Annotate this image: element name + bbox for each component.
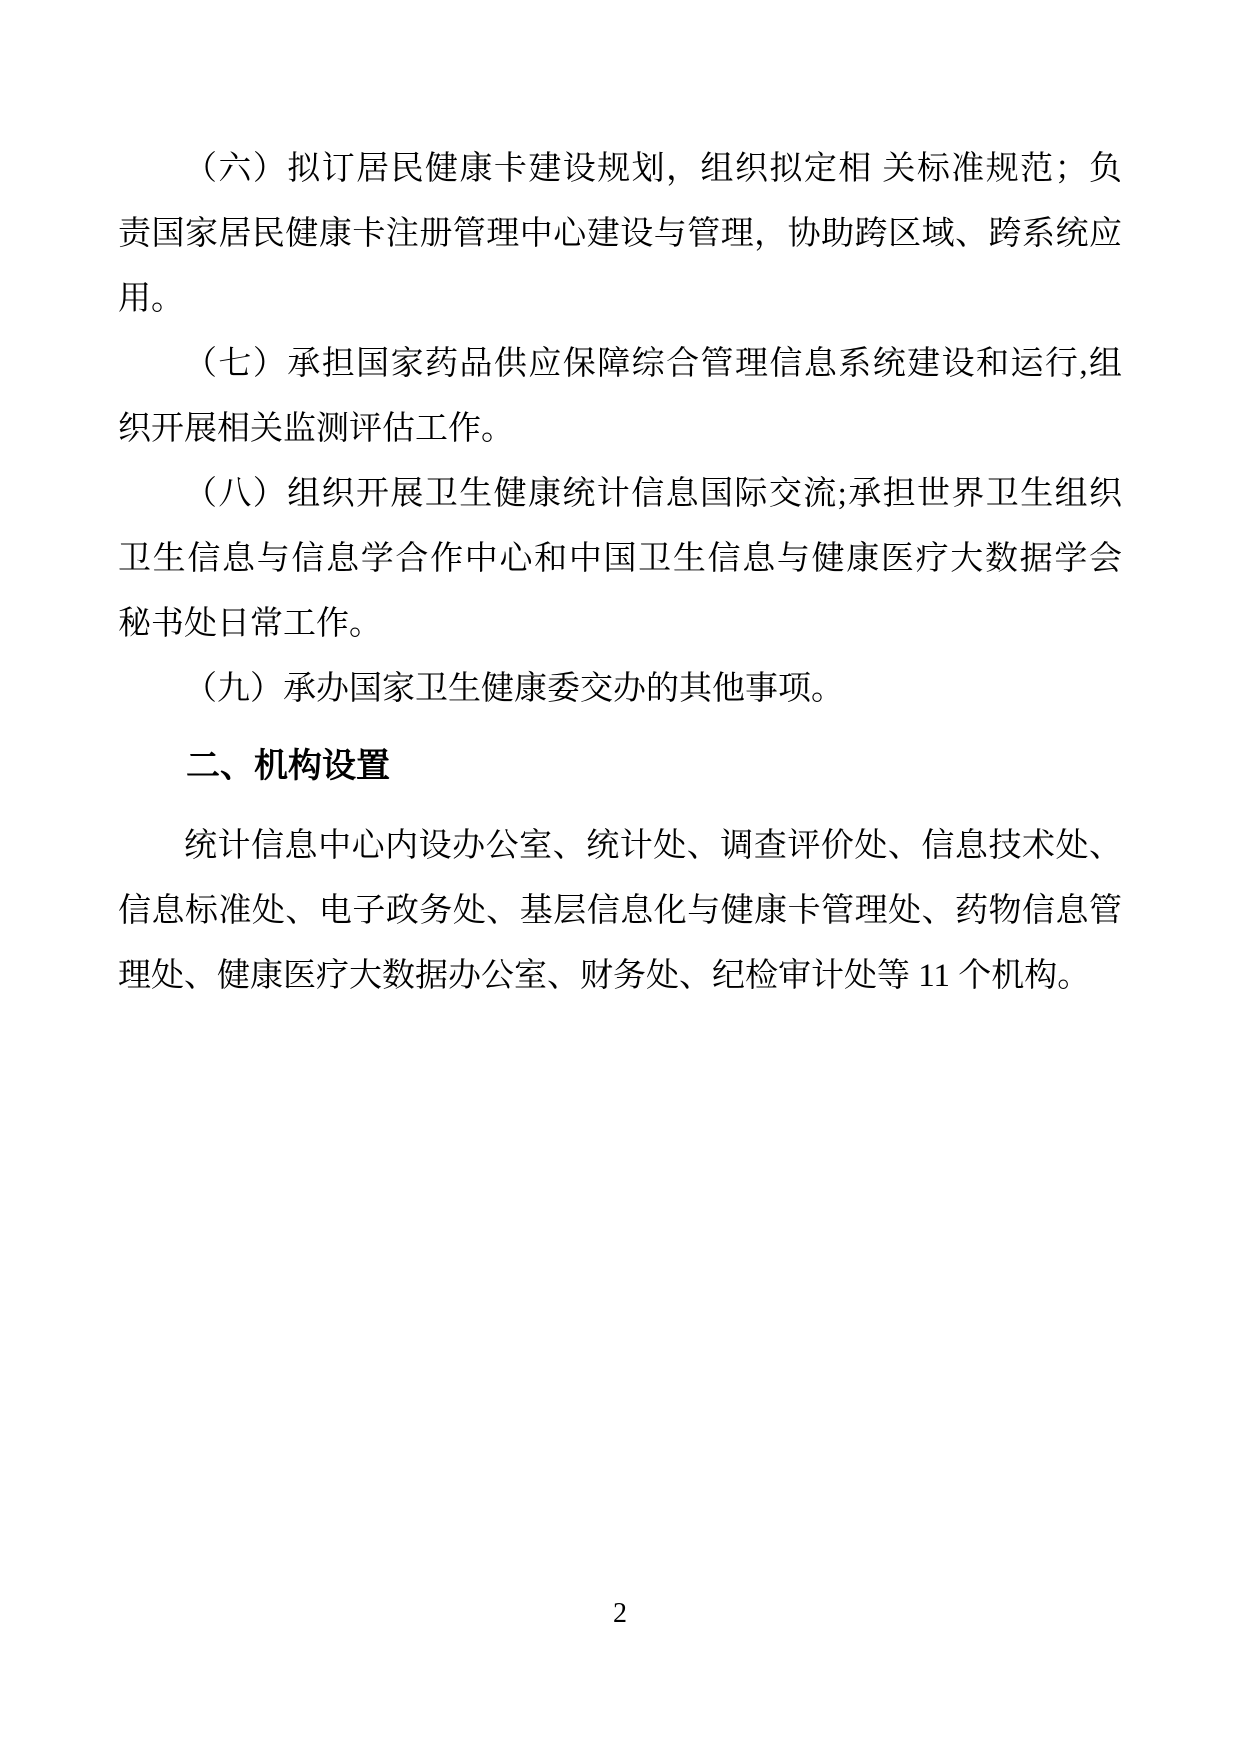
section-heading: 二、机构设置 [118, 734, 1122, 799]
text-line: （八）组织开展卫生健康统计信息国际交流;承担世界卫生组织 [118, 462, 1122, 527]
text-line: 责国家居民健康卡注册管理中心建设与管理，协助跨区域、跨系统应 [118, 202, 1122, 267]
page-number: 2 [0, 1598, 1240, 1630]
text-line: 信息标准处、电子政务处、基层信息化与健康卡管理处、药物信息管 [118, 879, 1122, 944]
text-line: 织开展相关监测评估工作。 [118, 397, 1122, 462]
text-line: （六）拟订居民健康卡建设规划，组织拟定相 关标准规范；负 [118, 137, 1122, 202]
text-line: （七）承担国家药品供应保障综合管理信息系统建设和运行,组 [118, 332, 1122, 397]
document-body: （六）拟订居民健康卡建设规划，组织拟定相 关标准规范；负责国家居民健康卡注册管理… [118, 137, 1122, 1009]
text-line: 秘书处日常工作。 [118, 592, 1122, 657]
body-paragraph: （八）组织开展卫生健康统计信息国际交流;承担世界卫生组织卫生信息与信息学合作中心… [118, 462, 1122, 657]
text-line: 统计信息中心内设办公室、统计处、调查评价处、信息技术处、 [118, 814, 1122, 879]
text-line: 卫生信息与信息学合作中心和中国卫生信息与健康医疗大数据学会 [118, 527, 1122, 592]
body-paragraph: （七）承担国家药品供应保障综合管理信息系统建设和运行,组织开展相关监测评估工作。 [118, 332, 1122, 462]
body-paragraph: 统计信息中心内设办公室、统计处、调查评价处、信息技术处、信息标准处、电子政务处、… [118, 814, 1122, 1009]
text-line: （九）承办国家卫生健康委交办的其他事项。 [118, 657, 1122, 722]
text-line: 二、机构设置 [118, 734, 1122, 799]
text-line: 理处、健康医疗大数据办公室、财务处、纪检审计处等 11 个机构。 [118, 944, 1122, 1009]
text-line: 用。 [118, 267, 1122, 332]
body-paragraph: （六）拟订居民健康卡建设规划，组织拟定相 关标准规范；负责国家居民健康卡注册管理… [118, 137, 1122, 332]
body-paragraph: （九）承办国家卫生健康委交办的其他事项。 [118, 657, 1122, 722]
document-page: （六）拟订居民健康卡建设规划，组织拟定相 关标准规范；负责国家居民健康卡注册管理… [0, 0, 1240, 1755]
